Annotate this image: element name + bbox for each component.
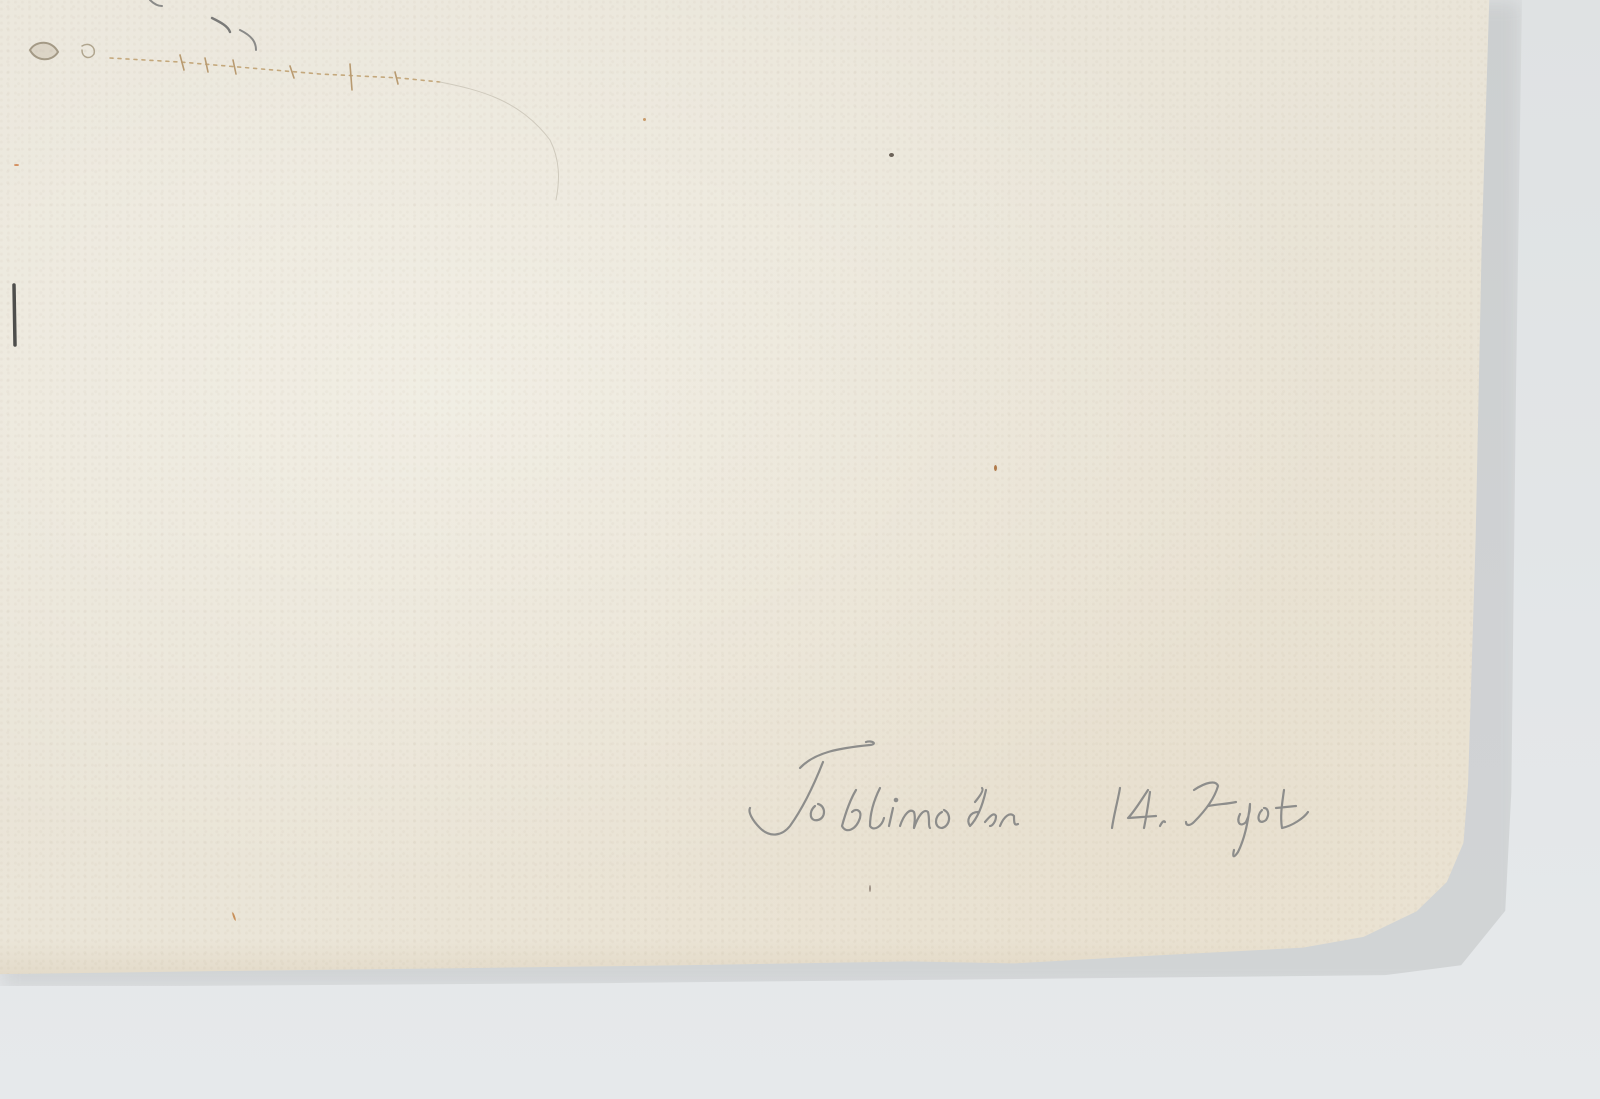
inscription-text: Toblino den 14 Augt: [745, 760, 1335, 870]
photo-scene: Toblino den 14 Augt: [0, 0, 1600, 1099]
pencil-stroke-left: [14, 285, 15, 345]
pencil-marks: [0, 0, 1600, 1099]
sketch-line-top-left: [30, 0, 558, 200]
